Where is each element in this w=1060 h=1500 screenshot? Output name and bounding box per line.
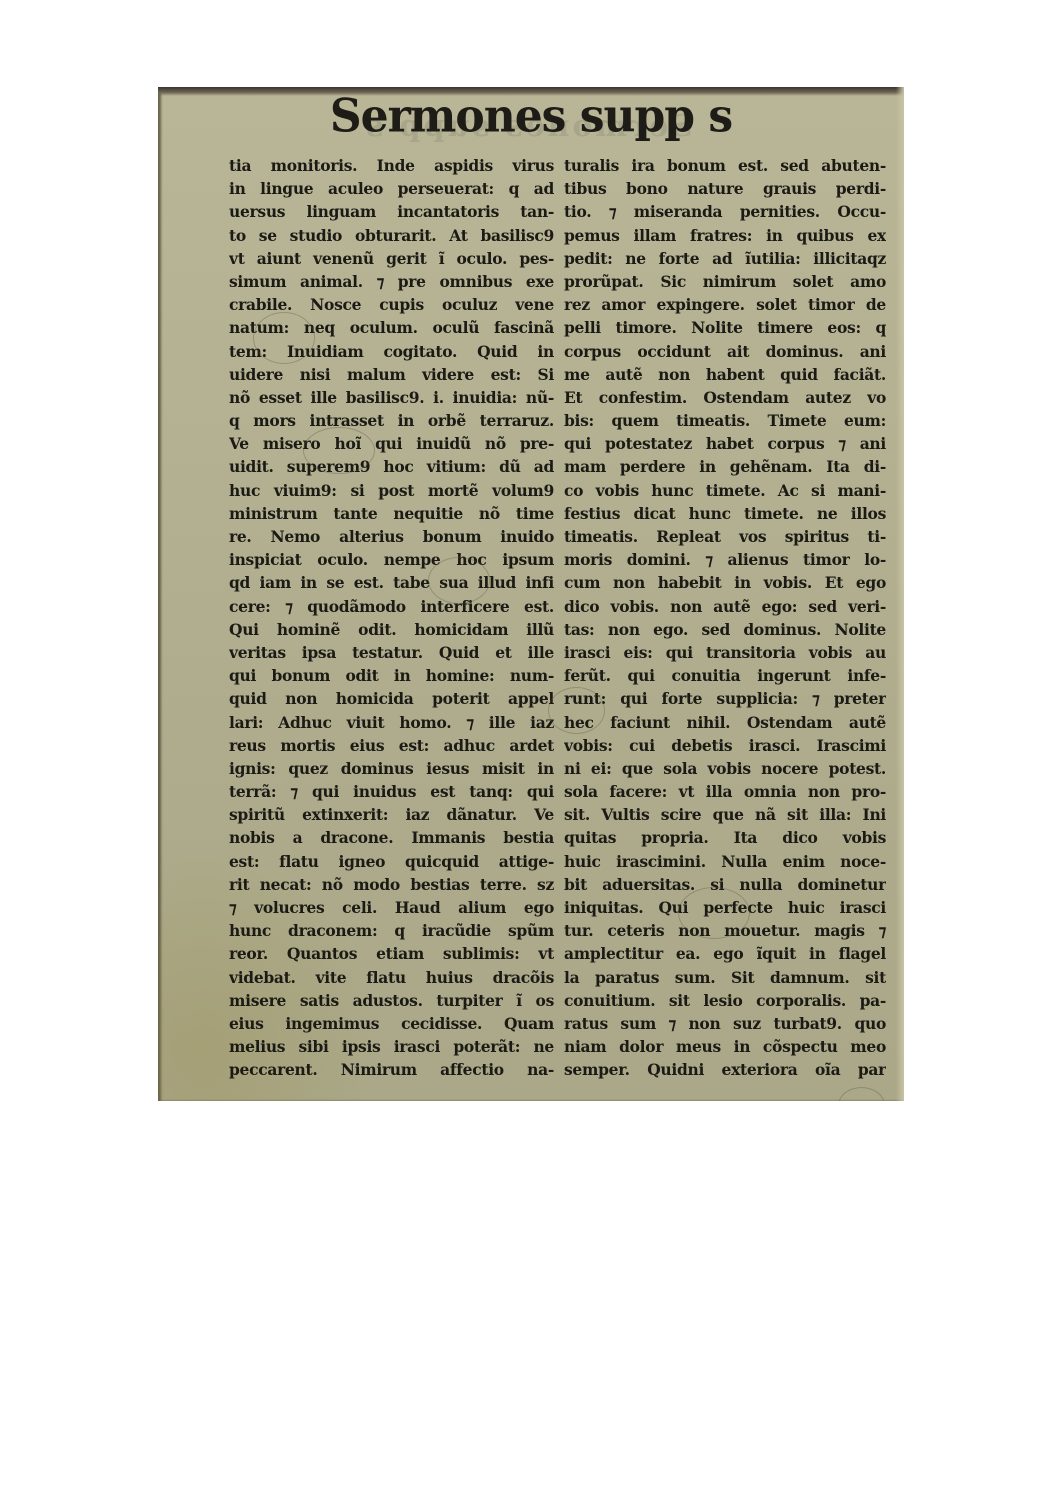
text-line: uersus linguam incantatoris tan-: [229, 200, 554, 223]
text-line: niam dolor meus in cõspectu meo: [564, 1035, 886, 1058]
text-line: conuitium. sit lesio corporalis. pa-: [564, 989, 886, 1012]
text-line: nõ esset ille basilisc9. i. inuidia: nũ-: [229, 386, 554, 409]
text-line: to se studio obturarit. At basilisc9: [229, 224, 554, 247]
text-line: crabile. Nosce cupis oculuz vene: [229, 293, 554, 316]
running-head: Sermones supp s: [158, 90, 904, 144]
text-line: huic irascimini. Nulla enim noce-: [564, 850, 886, 873]
text-line: tas: non ego. sed dominus. Nolite: [564, 618, 886, 641]
text-line: mam perdere in gehẽnam. Ita di-: [564, 455, 886, 478]
text-line: Ve misero hoĩ qui inuidũ nõ pre-: [229, 432, 554, 455]
stamp-mark: [838, 1087, 885, 1101]
text-line: tio. ⁊ miseranda pernities. Occu-: [564, 200, 886, 223]
text-line: runt: qui forte supplicia: ⁊ preter: [564, 687, 886, 710]
text-line: hunc draconem: q iracũdie spũm: [229, 919, 554, 942]
text-column-right: turalis ira bonum est. sed abuten-tibus …: [564, 154, 886, 1082]
text-line: irasci eis: qui transitoria vobis au: [564, 641, 886, 664]
text-line: lari: Adhuc viuit homo. ⁊ ille iaz: [229, 711, 554, 734]
text-line: festius dicat hunc timete. ne illos: [564, 502, 886, 525]
text-line: simum animal. ⁊ pre omnibus exe: [229, 270, 554, 293]
text-line: sit. Vultis scire que nã sit illa: Ini: [564, 803, 886, 826]
text-line: est: flatu igneo quicquid attige-: [229, 850, 554, 873]
text-line: ⁊ volucres celi. Haud alium ego: [229, 896, 554, 919]
text-line: Et confestim. Ostendam autez vo: [564, 386, 886, 409]
text-line: bit aduersitas. si nulla dominetur: [564, 873, 886, 896]
text-line: reor. Quantos etiam sublimis: vt: [229, 942, 554, 965]
text-line: eius ingemimus cecidisse. Quam: [229, 1012, 554, 1035]
text-line: misere satis adustos. turpiter ĩ os: [229, 989, 554, 1012]
text-line: co vobis hunc timete. Ac si mani-: [564, 479, 886, 502]
text-line: melius sibi ipsis irasci poterãt: ne: [229, 1035, 554, 1058]
text-line: videbat. vite flatu huius dracõis: [229, 966, 554, 989]
text-line: uidit. superem9 hoc vitium: dũ ad: [229, 455, 554, 478]
text-line: iniquitas. Qui perfecte huic irasci: [564, 896, 886, 919]
text-line: amplectitur ea. ego ĩquit in flagel: [564, 942, 886, 965]
text-line: ignis: quez dominus iesus misit in: [229, 757, 554, 780]
text-line: uidere nisi malum videre est: Si: [229, 363, 554, 386]
text-line: semper. Quidni exteriora oĩa par: [564, 1058, 886, 1081]
text-line: ni ei: que sola vobis nocere potest.: [564, 757, 886, 780]
text-line: peccarent. Nimirum affectio na-: [229, 1058, 554, 1081]
text-line: ferũt. qui conuitia ingerunt infe-: [564, 664, 886, 687]
text-line: timeatis. Repleat vos spiritus ti-: [564, 525, 886, 548]
text-line: qd iam in se est. tabe sua illud infi: [229, 571, 554, 594]
text-line: rez amor expingere. solet timor de: [564, 293, 886, 316]
text-line: terrã: ⁊ qui inuidus est tanq: qui: [229, 780, 554, 803]
text-line: vt aiunt venenũ gerit ĩ oculo. pes-: [229, 247, 554, 270]
text-line: me autẽ non habent quid faciãt.: [564, 363, 886, 386]
text-line: quitas propria. Ita dico vobis: [564, 826, 886, 849]
text-line: tibus bono nature grauis perdi-: [564, 177, 886, 200]
text-line: rit necat: nõ modo bestias terre. sz: [229, 873, 554, 896]
text-line: q mors intrasset in orbẽ terraruz.: [229, 409, 554, 432]
text-line: bis: quem timeatis. Timete eum:: [564, 409, 886, 432]
text-line: natum: neq oculum. oculũ fascinã: [229, 316, 554, 339]
text-line: huc viuim9: si post mortẽ volum9: [229, 479, 554, 502]
text-line: qui potestatez habet corpus ⁊ ani: [564, 432, 886, 455]
text-line: in lingue aculeo perseuerat: q ad: [229, 177, 554, 200]
text-line: ratus sum ⁊ non suz turbat9. quo: [564, 1012, 886, 1035]
text-line: tia monitoris. Inde aspidis virus: [229, 154, 554, 177]
text-line: prorũpat. Sic nimirum solet amo: [564, 270, 886, 293]
text-line: qui bonum odit in homine: num-: [229, 664, 554, 687]
text-line: cere: ⁊ quodãmodo interficere est.: [229, 595, 554, 618]
text-line: tem: Inuidiam cogitato. Quid in: [229, 340, 554, 363]
text-line: ministrum tante nequitie nõ time: [229, 502, 554, 525]
scanned-page: Sermones supp s Sermones supp s tia moni…: [158, 87, 904, 1101]
text-line: nobis a dracone. Immanis bestia: [229, 826, 554, 849]
text-line: corpus occidunt ait dominus. ani: [564, 340, 886, 363]
text-line: re. Nemo alterius bonum inuido: [229, 525, 554, 548]
text-line: Qui hominẽ odit. homicidam illũ: [229, 618, 554, 641]
text-line: dico vobis. non autẽ ego: sed veri-: [564, 595, 886, 618]
text-line: inspiciat oculo. nempe hoc ipsum: [229, 548, 554, 571]
text-line: spiritũ extinxerit: iaz dãnatur. Ve: [229, 803, 554, 826]
text-line: pemus illam fratres: in quibus ex: [564, 224, 886, 247]
text-line: tur. ceteris non mouetur. magis ⁊: [564, 919, 886, 942]
text-line: turalis ira bonum est. sed abuten-: [564, 154, 886, 177]
text-column-left: tia monitoris. Inde aspidis virusin ling…: [229, 154, 554, 1082]
text-line: reus mortis eius est: adhuc ardet: [229, 734, 554, 757]
text-line: quid non homicida poterit appel: [229, 687, 554, 710]
text-line: sola facere: vt illa omnia non pro-: [564, 780, 886, 803]
text-line: pedit: ne forte ad ĩutilia: illicitaqz: [564, 247, 886, 270]
text-line: pelli timore. Nolite timere eos: q: [564, 316, 886, 339]
text-line: hec faciunt nihil. Ostendam autẽ: [564, 711, 886, 734]
text-line: cum non habebit in vobis. Et ego: [564, 571, 886, 594]
text-line: veritas ipsa testatur. Quid et ille: [229, 641, 554, 664]
text-line: vobis: cui debetis irasci. Irascimi: [564, 734, 886, 757]
text-line: moris domini. ⁊ alienus timor lo-: [564, 548, 886, 571]
text-line: la paratus sum. Sit damnum. sit: [564, 966, 886, 989]
